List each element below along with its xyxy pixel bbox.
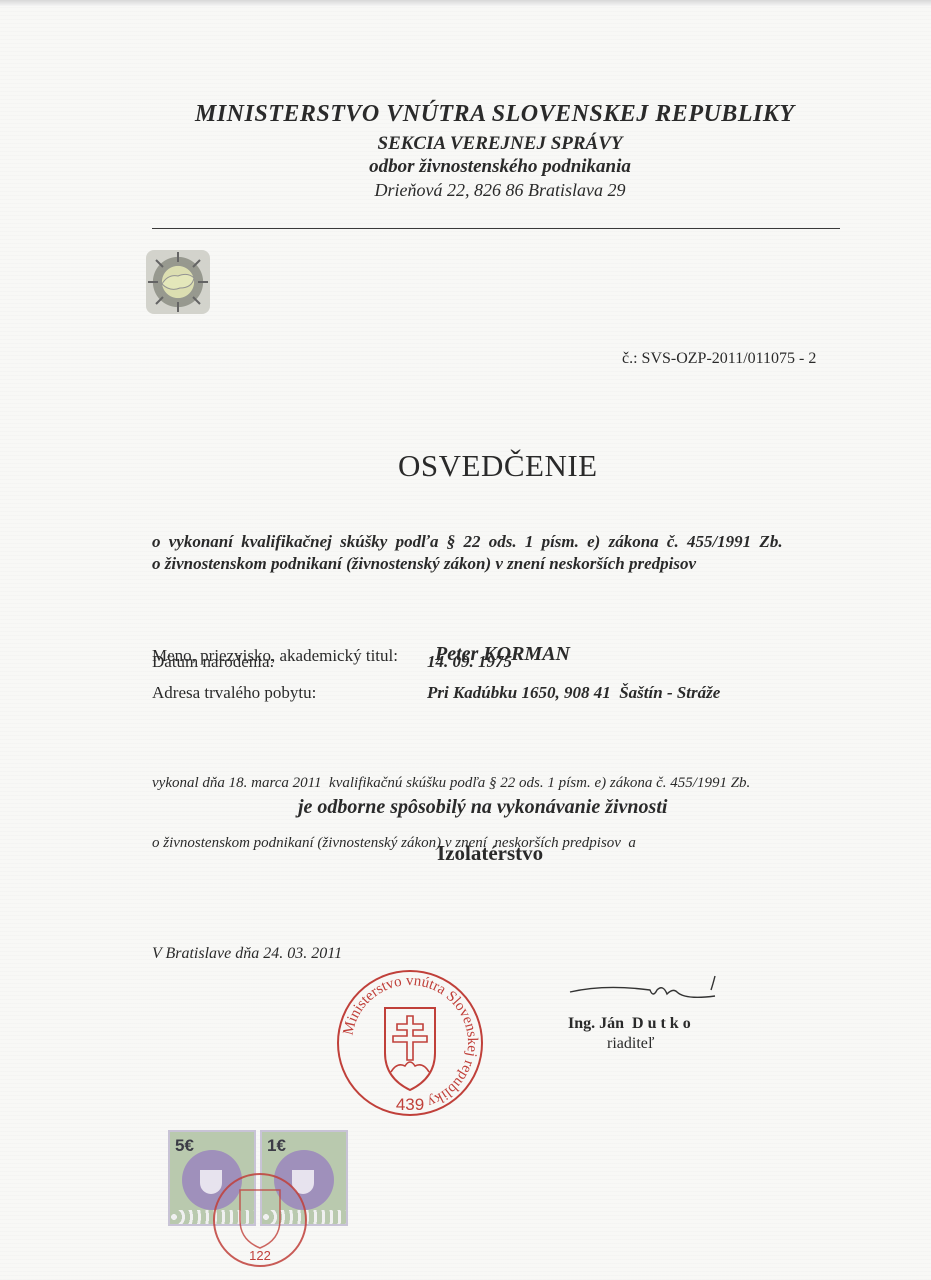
document-subtitle: o vykonaní kvalifikačnej skúšky podľa § … <box>152 531 783 575</box>
official-seal-icon: Ministerstvo vnútra Slovenskej republiky… <box>335 968 485 1118</box>
birthdate-label: Dátum narodenia: <box>152 652 274 672</box>
department-heading: odbor živnostenského podnikania <box>300 156 700 178</box>
address-value: Pri Kadúbku 1650, 908 41 Šaštín - Stráže <box>427 683 720 703</box>
stamp-seal-number: 122 <box>249 1248 271 1263</box>
competence-statement: je odborne spôsobilý na vykonávanie živn… <box>298 796 667 819</box>
ministry-heading: MINISTERSTVO VNÚTRA SLOVENSKEJ REPUBLIKY <box>195 101 794 128</box>
place-and-date: V Bratislave dňa 24. 03. 2011 <box>152 945 342 963</box>
stamp-value: 1€ <box>267 1136 286 1156</box>
certificate-page: MINISTERSTVO VNÚTRA SLOVENSKEJ REPUBLIKY… <box>0 0 931 1280</box>
stamp-value: 5€ <box>175 1136 194 1156</box>
signer-name: Ing. Ján D u t k o <box>568 1015 691 1033</box>
signer-role: riaditeľ <box>607 1035 654 1053</box>
subtitle-line-1: o vykonaní kvalifikačnej skúšky podľa § … <box>152 531 783 553</box>
exam-statement-line-1: vykonal dňa 18. marca 2011 kvalifikačnú … <box>152 773 750 793</box>
scan-edge <box>0 0 931 6</box>
birthdate-value: 14. 09. 1975 <box>427 652 512 672</box>
trade-name: Izolatérstvo <box>437 841 543 866</box>
hologram-emblem-icon <box>146 250 210 314</box>
subtitle-line-2: o živnostenskom podnikaní (živnostenský … <box>152 553 783 575</box>
ministry-address: Drieňová 22, 826 86 Bratislava 29 <box>300 180 700 201</box>
seal-number: 439 <box>396 1095 424 1114</box>
address-label: Adresa trvalého pobytu: <box>152 683 316 703</box>
header-divider <box>152 228 840 229</box>
document-title: OSVEDČENIE <box>398 448 598 484</box>
reference-number: č.: SVS-OZP-2011/011075 - 2 <box>622 350 816 368</box>
section-heading: SEKCIA VEREJNEJ SPRÁVY <box>300 133 700 155</box>
signature-icon <box>565 970 725 1010</box>
stamp-cancellation-seal-icon: 122 <box>210 1160 310 1280</box>
